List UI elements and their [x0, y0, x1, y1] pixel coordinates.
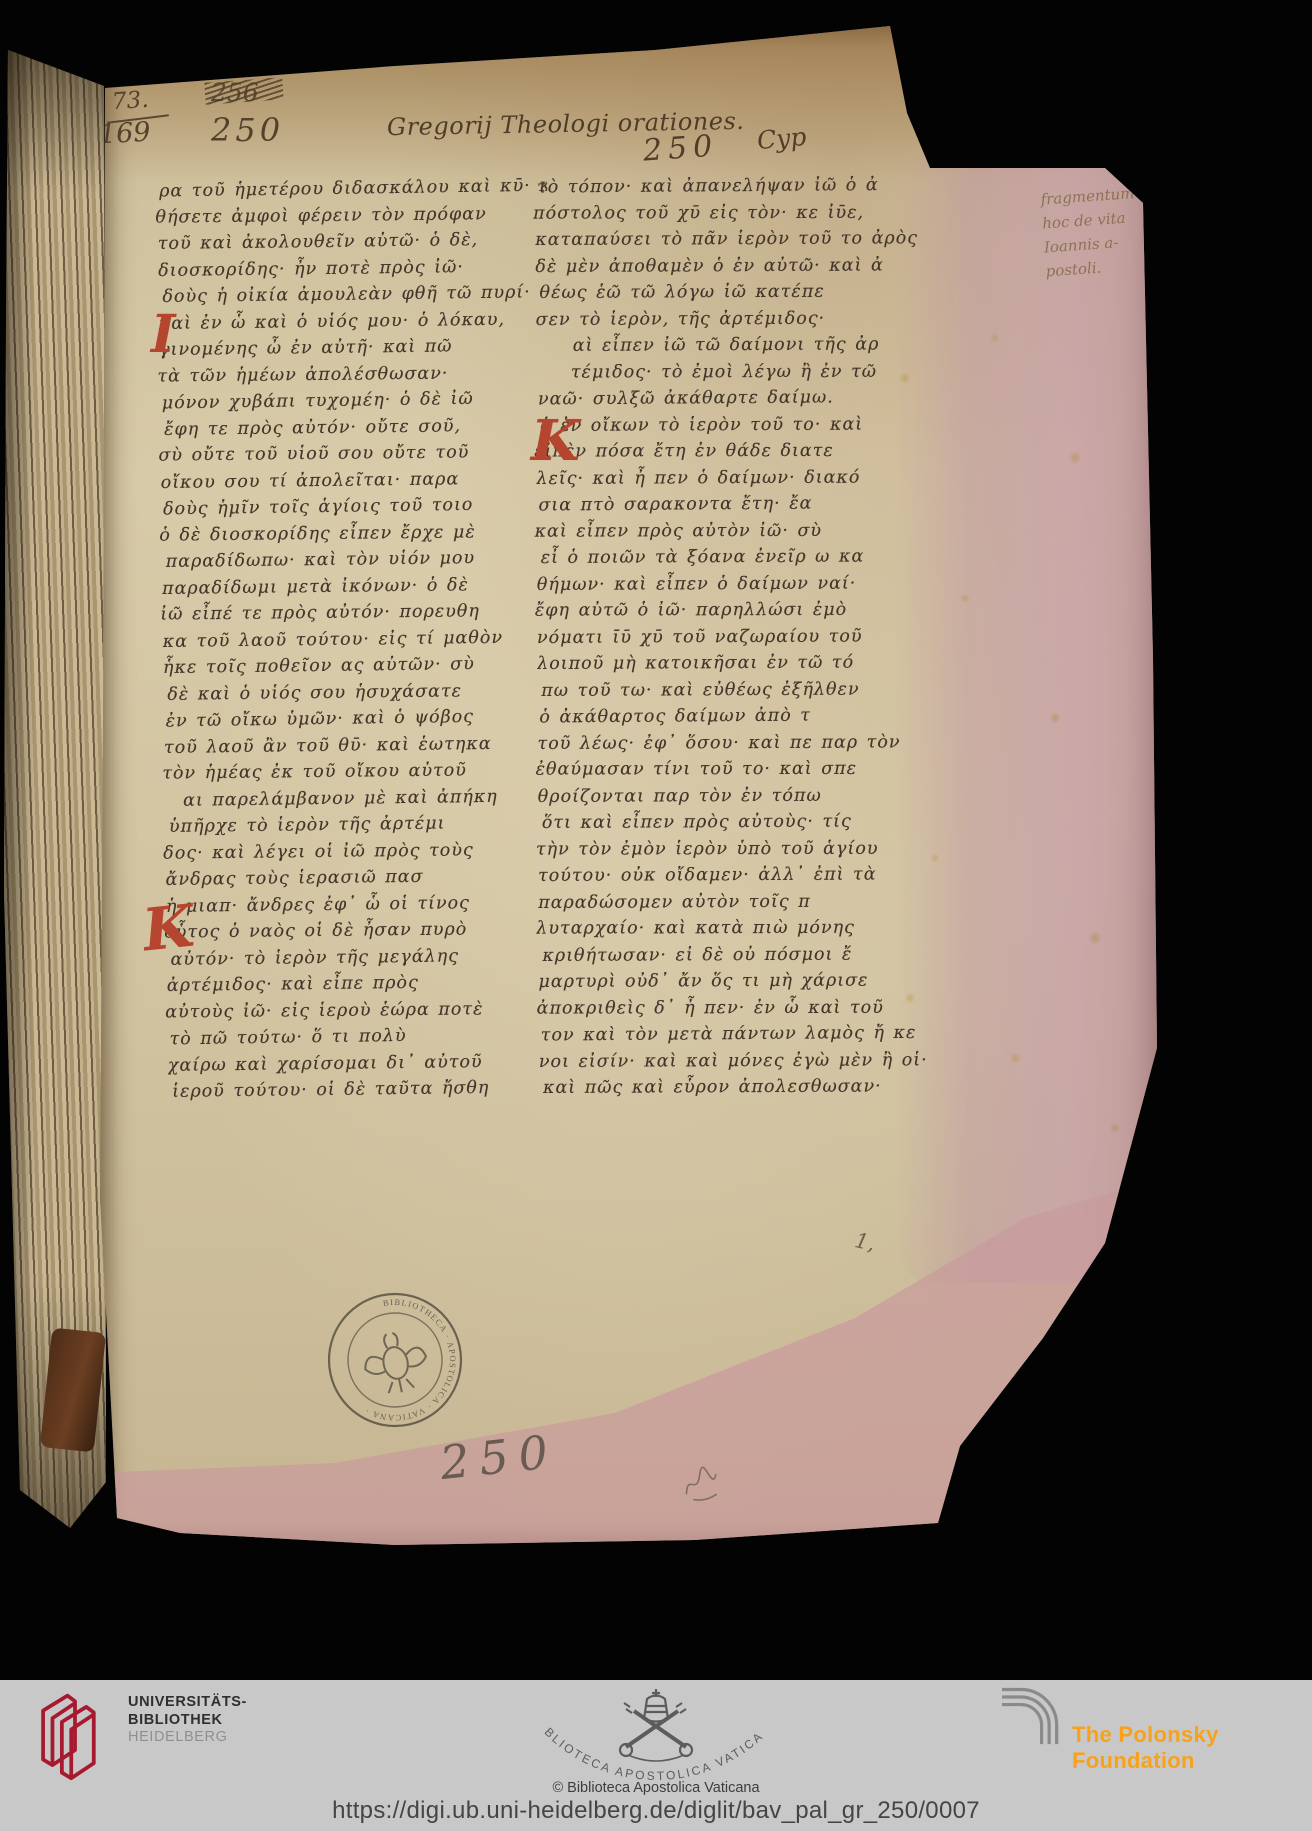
manuscript-line: σὺ οὔτε τοῦ υἱοῦ σου οὔτε τοῦ — [158, 439, 546, 469]
manuscript-line: καὶ ἐν ὧ καὶ ὁ υἱός μου· ὁ λόκαυ, — [159, 306, 547, 337]
crossed-out-shelfmark: 256 — [211, 78, 259, 107]
rubric-initial-iota: Ι — [151, 304, 175, 365]
manuscript-line: σια πτὸ σαρακοντα ἔτη· ἔα — [538, 490, 926, 519]
corner-pencil-mark: 1, — [853, 1228, 878, 1256]
manuscript-line: ὅτι καὶ εἶπεν πρὸς αὐτοὺς· τίς — [542, 808, 930, 836]
manuscript-line: ἀποκριθεὶς δ᾽ ἦ πεν· ἐν ὧ καὶ τοῦ — [537, 994, 925, 1021]
manuscript-line: καὶ εἶπεν πρὸς αὐτὸν ἰῶ· σὺ — [535, 517, 923, 544]
polonsky-label: The Polonsky Foundation — [1072, 1722, 1312, 1774]
manuscript-line: καὶ πῶς καὶ εὗρον ἀπολεσθωσαν· — [543, 1073, 931, 1101]
manuscript-line: γινομένης ὦ ἐν αὐτῆ· καὶ πῶ — [159, 332, 547, 363]
manuscript-line: σεν τὸ ἱερὸν, τῆς ἀρτέμιδος· — [536, 305, 924, 333]
library-stamp: BIBLIOTHECA · APOSTOLICA · VATICANA · — [306, 1271, 484, 1449]
manuscript-line: λεῖς· καὶ ἦ πεν ὁ δαίμων· διακό — [536, 464, 924, 492]
manuscript-line: ρα τοῦ ἡμετέρου διδασκάλου καὶ κῡ· κᾱ — [159, 173, 547, 205]
manuscript-line: πω τοῦ τω· καὶ εὐθέως ἐξῆλθεν — [541, 676, 929, 704]
manuscript-line: δος· καὶ λέγει οἱ ἰῶ πρὸς τοὺς — [163, 836, 551, 866]
footer: UNIVERSITÄTS- BIBLIOTHEK HEIDELBERG BIBL… — [0, 1680, 1312, 1831]
manuscript-line: νόματι ῑῡ χῡ τοῦ ναζωραίου τοῦ — [537, 623, 925, 651]
text-column-left: ρα τοῦ ἡμετέρου διδασκάλου καὶ κῡ· κᾱθήσ… — [157, 173, 556, 1105]
manuscript-line: αὐτόν· τὸ ἱερὸν τῆς μεγάλης — [170, 942, 558, 973]
manuscript-line: ἔφη αὐτῶ ὁ ἰῶ· παρηλλώσι ἐμὸ — [535, 597, 923, 624]
manuscript-line: δοὺς ἡμῖν τοῖς ἁγίοις τοῦ τοιο — [163, 491, 551, 523]
latin-margin-note: fragmentumhoc de vitaIoannis a-postoli. — [1040, 179, 1176, 284]
stamp-eagle-icon — [359, 1327, 432, 1399]
shelfmark-ink: 250 — [211, 111, 284, 149]
manuscript-line: ἰῶ εἶπέ τε πρὸς αὐτόν· πορευθη — [160, 598, 548, 628]
manuscript-line: αὶ εἶπεν ἰῶ τῶ δαίμονι τῆς ἀρ — [536, 331, 924, 359]
pencil-squiggle — [678, 1459, 727, 1507]
manuscript-line: ναῶ· συλξῶ ἀκάθαρτε δαίμω. — [538, 384, 926, 413]
stamp-ring-text: BIBLIOTHECA · APOSTOLICA · VATICANA · — [340, 1285, 470, 1430]
vatican-emblem-icon — [620, 1689, 692, 1761]
rubric-initial-kappa-left: Κ — [140, 892, 197, 965]
manuscript-line: παραδώσομεν αὐτὸν τοῖς π — [538, 888, 926, 916]
manuscript-line: εἰπὲν πόσα ἔτη ἐν θάδε διατε — [534, 438, 922, 465]
manuscript-line: ἐθαύμασαν τίνι τοῦ το· καὶ σπε — [536, 756, 924, 783]
manuscript-line: ὁ ἐν οἴκων τὸ ἱερὸν τοῦ το· καὶ — [540, 411, 928, 439]
cyp-annotation: Cyp — [756, 122, 808, 155]
text-column-right: τὸ τόπον· καὶ ἀπανελήψαν ἰῶ ὁ ἀπόστολος … — [535, 172, 927, 1101]
manuscript-line: πόστολος τοῦ χῡ εἰς τὸν· κε ἰῡε, — [533, 199, 921, 226]
manuscript-line: τὸν ἡμέας ἐκ τοῦ οἴκου αὐτοῦ — [162, 757, 550, 787]
rubric-initial-kappa-right: Κ — [531, 408, 580, 474]
manuscript-line: ὑπῆρχε τὸ ἱερὸν τῆς ἀρτέμι — [169, 809, 557, 840]
manuscript-line: τον καὶ τὸν μετὰ πάντων λαμὸς ἤ κε — [541, 1020, 929, 1049]
photo-area: 73. 169 256 250 Gregorij Theologi oratio… — [0, 0, 1312, 1831]
manuscript-line: ὁ ἀκάθαρτος δαίμων ἀπὸ τ — [539, 702, 927, 731]
manuscript-line: παραδίδωπω· καὶ τὸν υἱόν μου — [166, 544, 554, 575]
manuscript-line: θήμων· καὶ εἶπεν ὁ δαίμων ναί· — [537, 570, 925, 598]
manuscript-page: 73. 169 256 250 Gregorij Theologi oratio… — [95, 18, 1160, 1550]
shelfmark-annotation: 250 — [642, 128, 720, 168]
polonsky-arcs-icon — [1002, 1682, 1068, 1746]
manuscript-line: τέμιδος· τὸ ἐμοὶ λέγω ἢ ἐν τῶ — [534, 358, 922, 385]
ub-logo-line1: UNIVERSITÄTS- — [128, 1694, 247, 1712]
folio-number: 169 — [98, 117, 151, 151]
svg-text:BIBLIOTHECA · APOSTOLICA · VAT: BIBLIOTHECA · APOSTOLICA · VATICANA · — [340, 1285, 470, 1430]
ub-heidelberg-book-icon — [28, 1690, 122, 1782]
page-url: https://digi.ub.uni-heidelberg.de/diglit… — [0, 1797, 1312, 1825]
manuscript-line: τοῦ λέως· ἐφ᾽ ὅσου· καὶ πε παρ τὸν — [537, 729, 925, 757]
manuscript-line: τούτου· οὐκ οἴδαμεν· ἀλλ᾽ ἐπὶ τὰ — [538, 861, 926, 889]
manuscript-line: θροίζονται παρ τὸν ἐν τόπω — [538, 782, 926, 810]
manuscript-line: θέως ἑῶ τῶ λόγω ἰῶ κατέπε — [539, 278, 927, 306]
ub-logo-line3: HEIDELBERG — [128, 1729, 247, 1747]
manuscript-line: θήσετε ἀμφοὶ φέρειν τὸν πρόφαν — [155, 200, 543, 230]
old-foliation-number: 73. — [111, 87, 149, 115]
manuscript-line: καταπαύσει τὸ πᾶν ἱερὸν τοῦ το ἀρὸς — [535, 225, 923, 253]
copyright-text: © Biblioteca Apostolica Vaticana — [0, 1780, 1312, 1796]
manuscript-line: δοὺς ἡ οἰκία ἀμουλεὰν φθῆ τῶ πυρί· — [162, 279, 550, 310]
manuscript-line: μαρτυρὶ οὐδ᾽ ἄν ὅς τι μὴ χάρισε — [538, 967, 926, 995]
manuscript-line: τὴν τὸν ἐμὸν ἱερὸν ὑπὸ τοῦ ἁγίου — [536, 835, 924, 862]
manuscript-line: λυταρχαίο· καὶ κατὰ πιὼ μόνης — [536, 915, 924, 942]
manuscript-line: κα τοῦ λαοῦ τούτου· εἰς τί μαθὸν — [163, 624, 551, 655]
book-fore-edge — [4, 42, 106, 1554]
manuscript-line: νοι εἰσίν· καὶ καὶ μόνες ἐγὼ μὲν ἢ οἱ· — [539, 1047, 927, 1075]
ub-logo-line2: BIBLIOTHEK — [128, 1712, 247, 1730]
manuscript-line: τὸ τόπον· καὶ ἀπανελήψαν ἰῶ ὁ ἀ — [537, 172, 925, 201]
manuscript-line: εἶ ὁ ποιῶν τὰ ξόανα ἐνεῖρ ω κα — [541, 543, 929, 571]
ub-heidelberg-logo: UNIVERSITÄTS- BIBLIOTHEK HEIDELBERG — [128, 1694, 247, 1747]
manuscript-line: ἀρτέμιδος· καὶ εἶπε πρὸς — [167, 968, 555, 999]
manuscript-line: κριθήτωσαν· εἰ δὲ οὐ πόσμοι ἔ — [542, 941, 930, 969]
manuscript-line: λοιποῦ μὴ κατοικῆσαι ἐν τῶ τό — [537, 649, 925, 677]
manuscript-line: δὲ μὲν ἀποθαμὲν ὁ ἐν αὐτῶ· καὶ ἀ — [535, 252, 923, 280]
manuscript-line: ἱεροῦ τούτου· οἱ δὲ ταῦτα ἤσθη — [172, 1074, 560, 1105]
